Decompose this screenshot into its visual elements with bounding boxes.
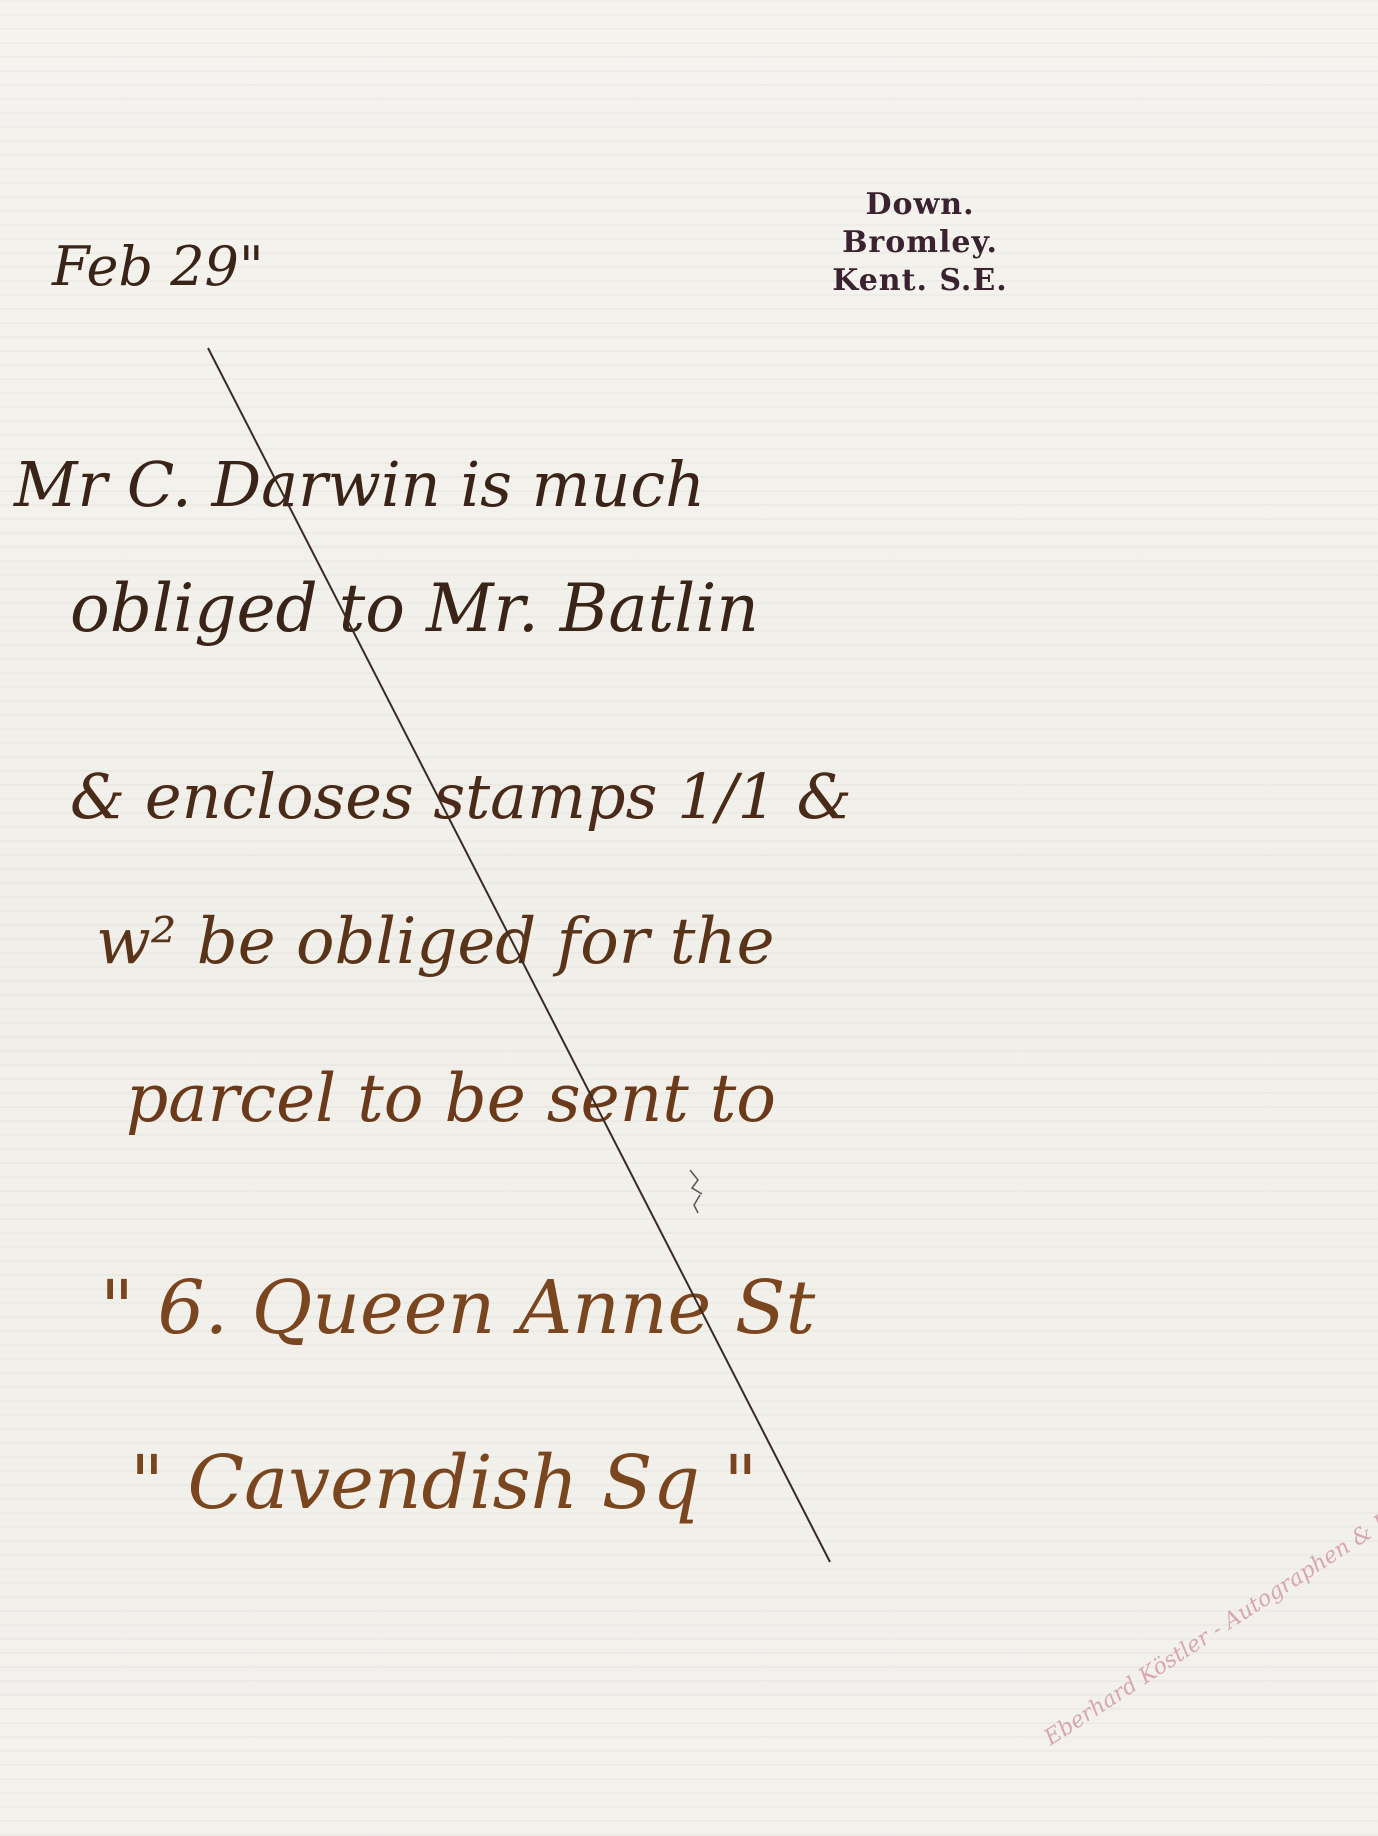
letter-line-2: obliged to Mr. Batlin xyxy=(70,570,759,647)
letterhead: Down. Bromley. Kent. S.E. xyxy=(800,186,1040,300)
letter-date: Feb 29" xyxy=(52,235,264,298)
letter-line-5: parcel to be sent to xyxy=(126,1060,776,1137)
letterhead-line-3: Kent. S.E. xyxy=(800,262,1040,300)
letter-line-6: " 6. Queen Anne St xyxy=(100,1265,815,1351)
letterhead-line-1: Down. xyxy=(800,186,1040,224)
letter-line-4: w² be obliged for the xyxy=(96,905,775,979)
letter-line-1: Mr C. Darwin is much xyxy=(14,448,705,521)
letterhead-line-2: Bromley. xyxy=(800,224,1040,262)
letter-page: Down. Bromley. Kent. S.E. Feb 29" Mr C. … xyxy=(0,0,1378,1836)
dealer-watermark: Eberhard Köstler - Autographen & Bücher xyxy=(1040,1472,1378,1751)
letter-line-7: " Cavendish Sq " xyxy=(130,1440,757,1526)
letter-line-3: & encloses stamps 1/1 & xyxy=(70,760,852,833)
